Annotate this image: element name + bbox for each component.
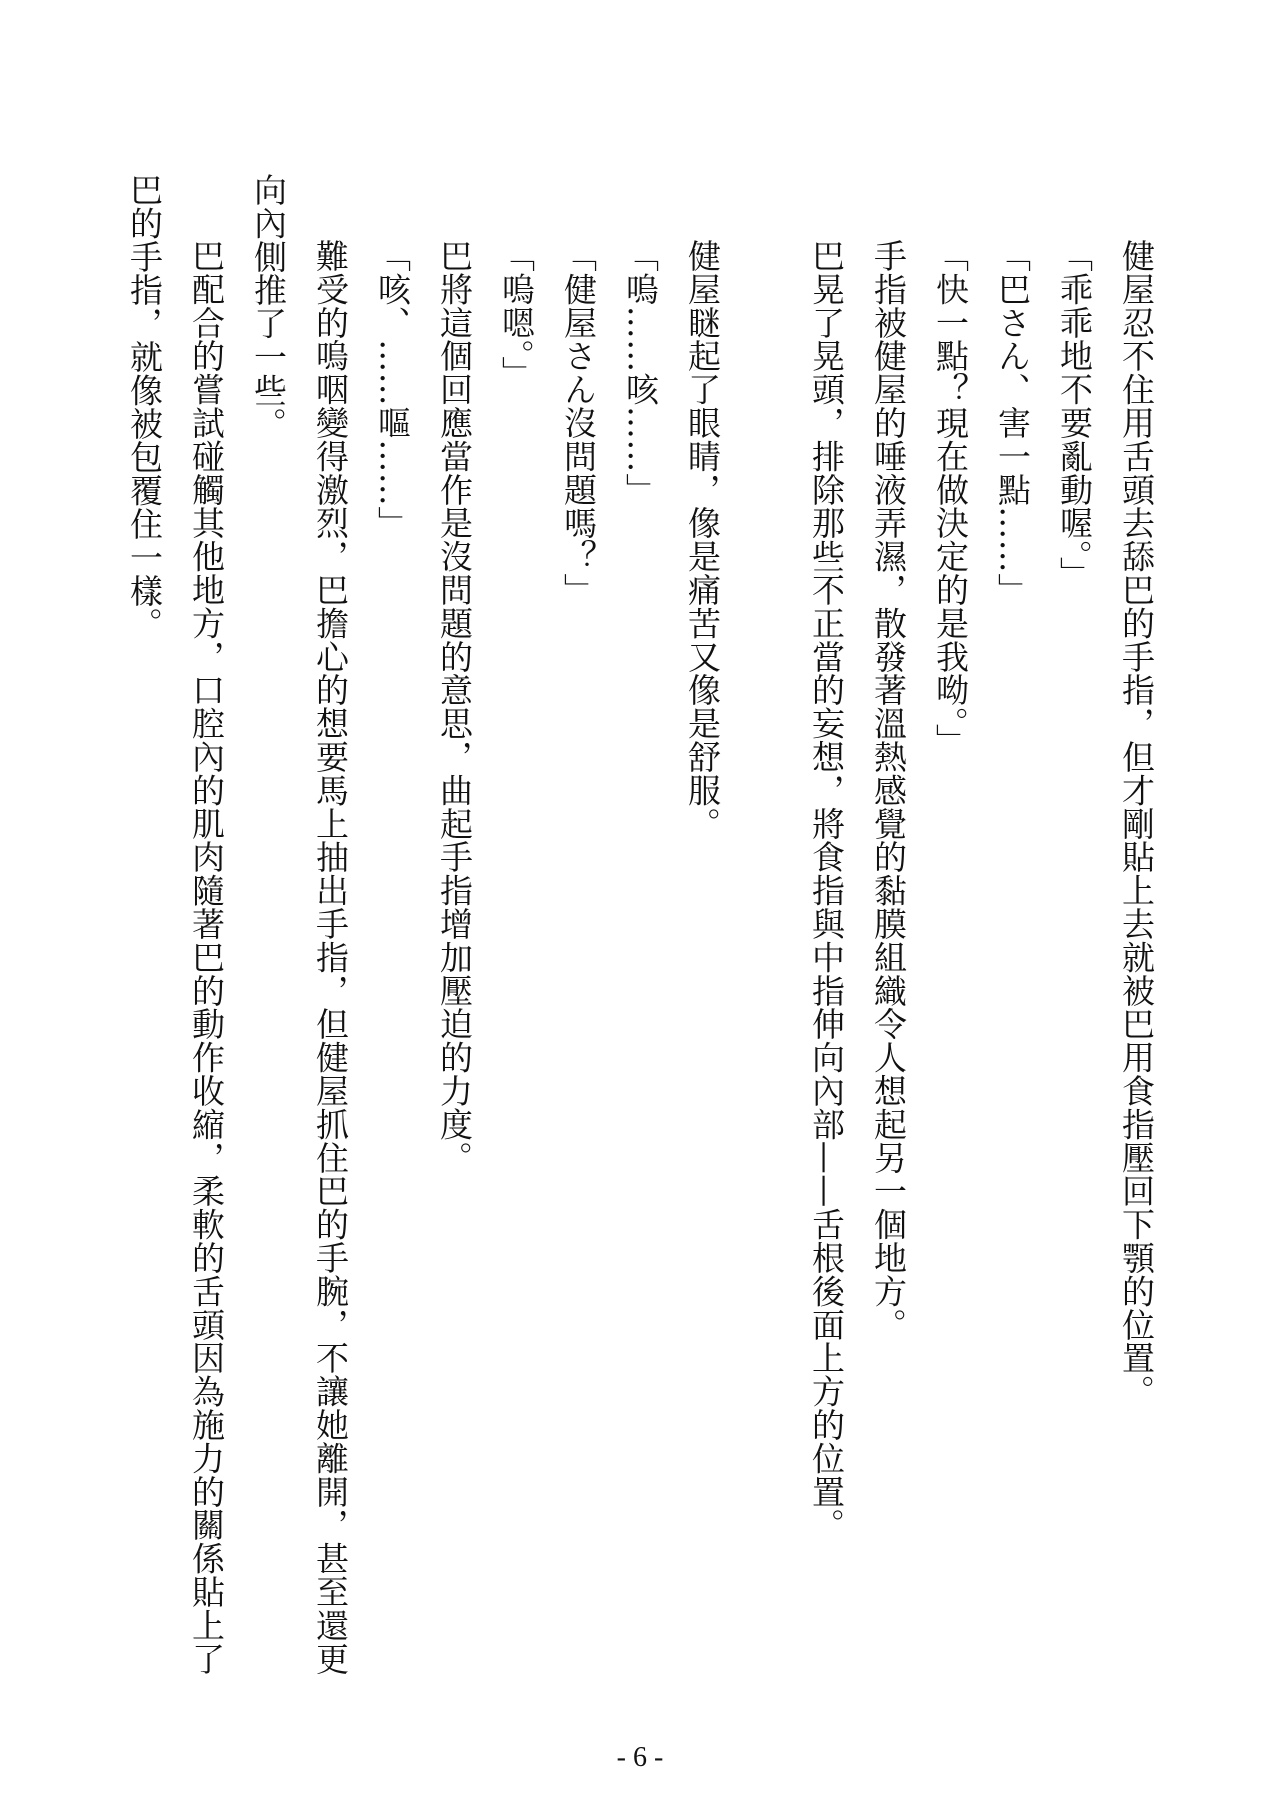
dialogue-line: 「巴さん、害一點……」: [981, 173, 1043, 1673]
dialogue-line: 「快一點？現在做決定的是我呦。」: [919, 173, 981, 1673]
paragraph-line: 巴晃了晃頭，排除那些不正當的妄想，將食指與中指伸向內部——舌根後面上方的位置。: [795, 173, 857, 1673]
paragraph-line: 健屋忍不住用舌頭去舔巴的手指，但才剛貼上去就被巴用食指壓回下顎的位置。: [1105, 173, 1167, 1673]
dialogue-line: 「乖乖地不要亂動喔。」: [1043, 173, 1105, 1673]
vertical-text-body: 健屋忍不住用舌頭去舔巴的手指，但才剛貼上去就被巴用食指壓回下顎的位置。 「乖乖地…: [113, 173, 1167, 1673]
dialogue-line: 「嗚嗯。」: [485, 173, 547, 1673]
paragraph-continuation-line: 向內側推了一些。: [237, 173, 299, 1673]
blank-line: [733, 173, 795, 174]
paragraph-continuation-line: 巴的手指，就像被包覆住一樣。: [113, 173, 175, 1673]
dialogue-line: 「健屋さん沒問題嗎？」: [547, 173, 609, 1673]
paragraph-line: 巴配合的嘗試碰觸其他地方，口腔內的肌肉隨著巴的動作收縮，柔軟的舌頭因為施力的關係…: [175, 173, 237, 1673]
paragraph-line: 難受的嗚咽變得激烈，巴擔心的想要馬上抽出手指，但健屋抓住巴的手腕，不讓她離開，甚…: [299, 173, 361, 1673]
document-page: 健屋忍不住用舌頭去舔巴的手指，但才剛貼上去就被巴用食指壓回下顎的位置。 「乖乖地…: [0, 0, 1280, 1813]
paragraph-line: 巴將這個回應當作是沒問題的意思，曲起手指增加壓迫的力度。: [423, 173, 485, 1673]
dialogue-line: 「咳、……嘔……」: [361, 173, 423, 1673]
paragraph-line: 手指被健屋的唾液弄濕，散發著溫熱感覺的黏膜組織令人想起另一個地方。: [857, 173, 919, 1673]
paragraph-line: 健屋瞇起了眼睛，像是痛苦又像是舒服。: [671, 173, 733, 1673]
dialogue-line: 「嗚……咳……」: [609, 173, 671, 1673]
page-number: - 6 -: [0, 1742, 1280, 1774]
